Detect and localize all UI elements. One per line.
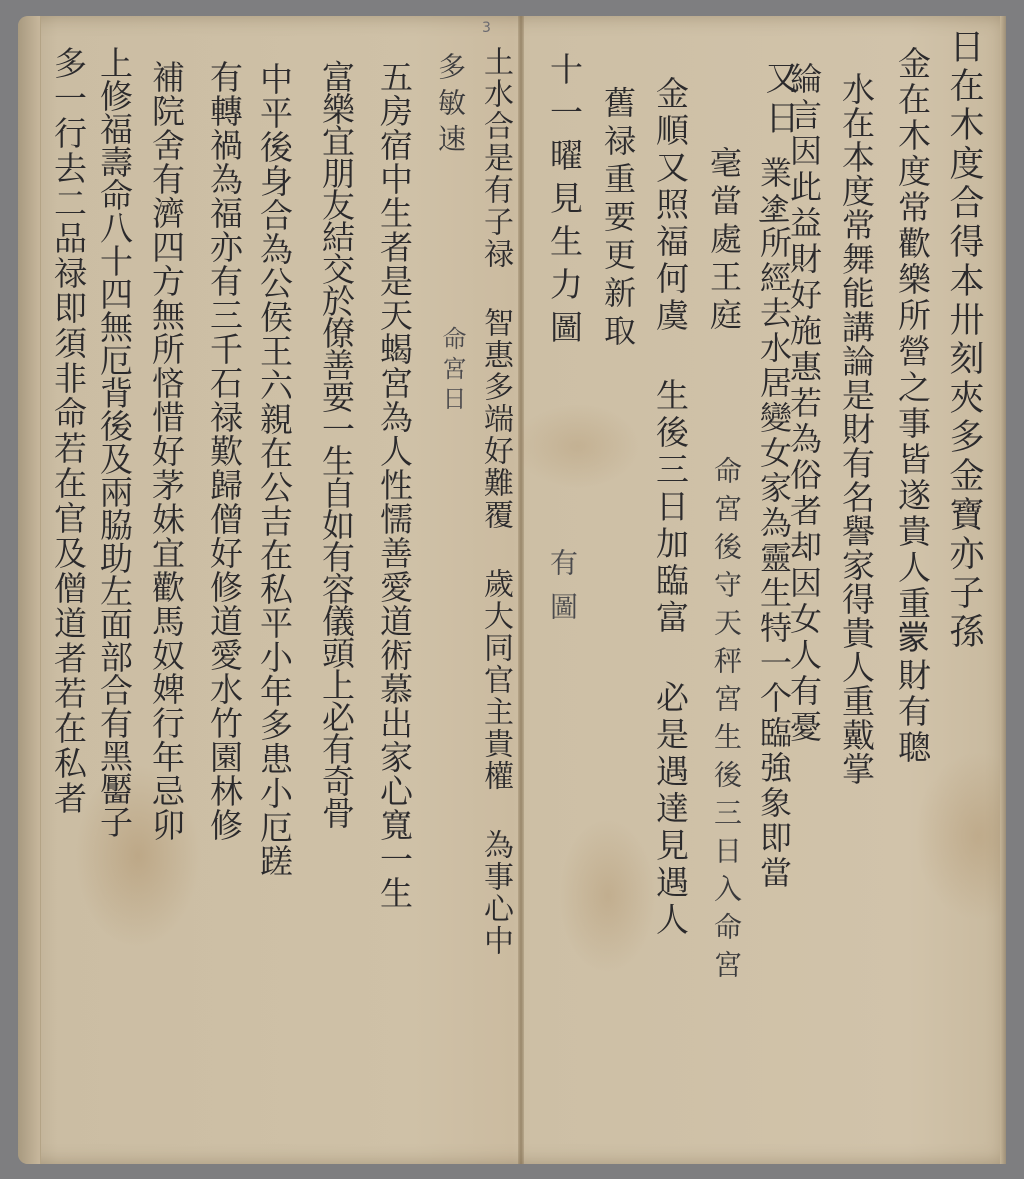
text-column: 中平後身合為公侯王六親在公吉在私平小年多患小厄蹉	[258, 62, 291, 878]
text-column: 水在本度常舞能講論是財有名譽家得貴人重戴掌	[840, 72, 873, 786]
text-column: 又日	[762, 60, 796, 140]
text-column: 土水合是有子禄 智惠多端好難覆 歲大同官主貴權 為事心中	[480, 46, 510, 957]
text-column: 日在木度合得本卅刻夾多金寶亦子孫	[946, 28, 981, 652]
page-right-edge	[1000, 16, 1006, 1164]
text-column: 補院舍有濟四方無所悋惜好茅妹宜歡馬奴婢行年忌卯	[150, 60, 183, 842]
text-column: 五房宿中生者是天蝎宮為人性懦善愛道術慕出家心寬一生	[378, 60, 411, 910]
text-column: 命宮後守天秤宮生後三日入命宮	[712, 456, 740, 988]
manuscript-book: 3 日在木度合得本卅刻夾多金寶亦子孫 金在木度常歡樂所營之事皆遂貴人重𫎇財有聰 …	[18, 16, 1006, 1164]
text-column: 有轉禍為福亦有三千石禄歎歸僧好修道愛水竹園林修	[208, 60, 241, 842]
text-column: 金在木度常歡樂所營之事皆遂貴人重𫎇財有聰	[896, 46, 929, 766]
page-number: 3	[482, 20, 491, 36]
book-spine-edge	[18, 16, 41, 1164]
text-column: 富樂宜朋友結交於僚善要一生自如有容儀頭上必有奇骨	[320, 60, 353, 828]
text-column: 舊禄重要更新取	[602, 86, 634, 352]
text-column-annotation: 有圖	[548, 548, 576, 636]
text-column: 十一曜見生力圖	[548, 52, 581, 353]
text-column: 多敏速	[436, 52, 464, 160]
text-column: 多一行去二品禄即須非命若在官及僧道者若在私者	[52, 46, 85, 816]
text-column: 業𡍼所經去水居變女家為靈生特一个臨強象即當	[758, 156, 790, 891]
page-fold	[518, 16, 524, 1164]
text-column: 命宮日	[440, 326, 464, 416]
text-column: 上修福壽命八十四無厄背後及兩脇助左面部合有黑靨子	[98, 46, 131, 838]
text-column: 毫當處王庭	[708, 146, 740, 336]
text-column: 金順又照福何虞 生後三日加臨富 必是遇達見遇人	[654, 76, 687, 939]
